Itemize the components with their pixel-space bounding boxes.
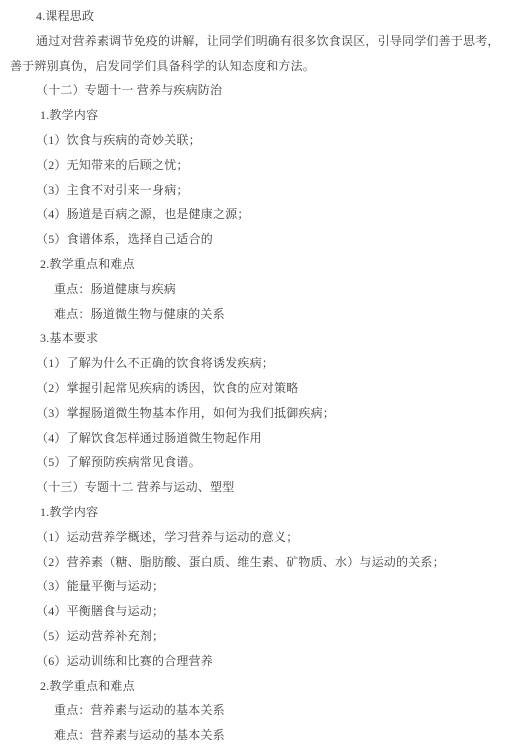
topic11-points-heading: 2.教学重点和难点 bbox=[10, 252, 501, 277]
topic11-requirement-item: （1）了解为什么不正确的饮食将诱发疾病； bbox=[10, 351, 501, 376]
topic12-content-item: （4）平衡膳食与运动； bbox=[10, 599, 501, 624]
topic11-content-item: （4）肠道是百病之源，也是健康之源； bbox=[10, 202, 501, 227]
course-ideology-heading: 4.课程思政 bbox=[10, 4, 501, 29]
topic11-difficult-point: 难点：肠道微生物与健康的关系 bbox=[10, 302, 501, 327]
topic11-requirements-heading: 3.基本要求 bbox=[10, 326, 501, 351]
topic12-difficult-point: 难点：营养素与运动的基本关系 bbox=[10, 723, 501, 746]
topic11-content-item: （3）主食不对引来一身病； bbox=[10, 178, 501, 203]
topic12-key-point: 重点：营养素与运动的基本关系 bbox=[10, 698, 501, 723]
topic12-points-heading: 2.教学重点和难点 bbox=[10, 674, 501, 699]
topic12-content-item: （6）运动训练和比赛的合理营养 bbox=[10, 649, 501, 674]
topic11-content-item: （2）无知带来的后顾之忧； bbox=[10, 153, 501, 178]
topic11-content-item: （1）饮食与疾病的奇妙关联； bbox=[10, 128, 501, 153]
topic12-content-item: （2）营养素（糖、脂肪酸、蛋白质、维生素、矿物质、水）与运动的关系； bbox=[10, 550, 501, 575]
topic11-requirement-item: （3）掌握肠道微生物基本作用，如何为我们抵御疾病； bbox=[10, 401, 501, 426]
topic12-heading: （十三）专题十二 营养与运动、塑型 bbox=[10, 475, 501, 500]
topic12-content-item: （3）能量平衡与运动； bbox=[10, 574, 501, 599]
topic11-key-point: 重点：肠道健康与疾病 bbox=[10, 277, 501, 302]
topic12-content-item: （5）运动营养补充剂； bbox=[10, 624, 501, 649]
topic11-requirement-item: （4）了解饮食怎样通过肠道微生物起作用 bbox=[10, 426, 501, 451]
topic11-requirement-item: （5）了解预防疾病常见食谱。 bbox=[10, 450, 501, 475]
topic11-content-item: （5）食谱体系，选择自己适合的 bbox=[10, 227, 501, 252]
topic11-heading: （十二）专题十一 营养与疾病防治 bbox=[10, 78, 501, 103]
document-page: 4.课程思政 通过对营养素调节免疫的讲解，让同学们明确有很多饮食误区，引导同学们… bbox=[0, 0, 511, 746]
course-ideology-paragraph: 通过对营养素调节免疫的讲解，让同学们明确有很多饮食误区，引导同学们善于思考，善于… bbox=[10, 29, 501, 79]
topic12-content-item: （1）运动营养学概述，学习营养与运动的意义； bbox=[10, 525, 501, 550]
topic12-content-heading: 1.教学内容 bbox=[10, 500, 501, 525]
topic11-content-heading: 1.教学内容 bbox=[10, 103, 501, 128]
topic11-requirement-item: （2）掌握引起常见疾病的诱因，饮食的应对策略 bbox=[10, 376, 501, 401]
